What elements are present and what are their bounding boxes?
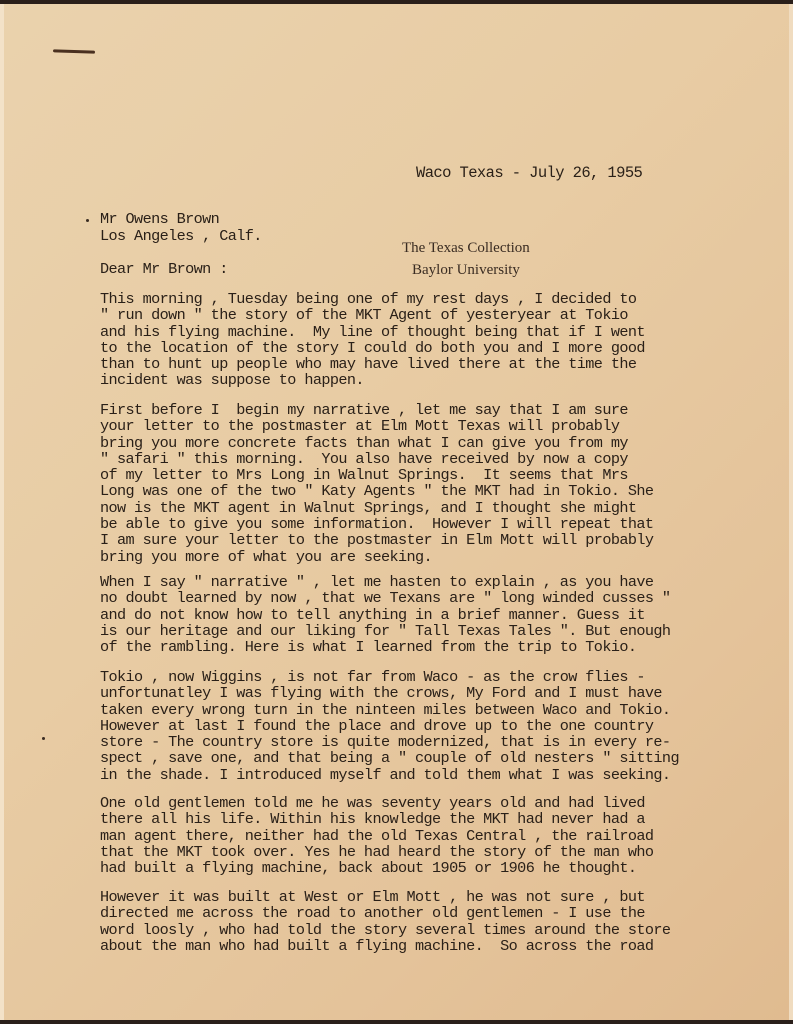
text-line: I am sure your letter to the postmaster … (100, 532, 653, 548)
staple-mark (53, 49, 95, 53)
text-line: had built a flying machine, back about 1… (100, 860, 653, 876)
text-line: and do not know how to tell anything in … (100, 607, 670, 623)
text-line: your letter to the postmaster at Elm Mot… (100, 418, 653, 434)
text-line: in the shade. I introduced myself and to… (100, 767, 679, 783)
paragraph-3: When I say " narrative " , let me hasten… (100, 574, 670, 655)
recipient-name: Mr Owens Brown (100, 211, 219, 228)
text-line: there all his life. Within his knowledge… (100, 811, 653, 827)
text-line: Long was one of the two " Katy Agents " … (100, 483, 653, 499)
text-line: word loosly , who had told the story sev… (100, 922, 670, 938)
text-line: store - The country store is quite moder… (100, 734, 679, 750)
text-line: and his flying machine. My line of thoug… (100, 324, 645, 340)
text-line: now is the MKT agent in Walnut Springs, … (100, 500, 653, 516)
text-line: First before I begin my narrative , let … (100, 402, 653, 418)
text-line: When I say " narrative " , let me hasten… (100, 574, 670, 590)
text-line: One old gentlemen told me he was seventy… (100, 795, 653, 811)
text-line: unfortunatley I was flying with the crow… (100, 685, 679, 701)
text-line: to the location of the story I could do … (100, 340, 645, 356)
dateline: Waco Texas - July 26, 1955 (416, 164, 642, 182)
text-line: Tokio , now Wiggins , is not far from Wa… (100, 669, 679, 685)
archive-stamp-line1: The Texas Collection (402, 240, 530, 257)
text-line: no doubt learned by now , that we Texans… (100, 590, 670, 606)
text-line: of my letter to Mrs Long in Walnut Sprin… (100, 467, 653, 483)
paragraph-5: One old gentlemen told me he was seventy… (100, 795, 653, 876)
text-line: man agent there, neither had the old Tex… (100, 828, 653, 844)
paragraph-6: However it was built at West or Elm Mott… (100, 889, 670, 954)
margin-dot (86, 219, 89, 222)
text-line: about the man who had built a flying mac… (100, 938, 670, 954)
text-line: is our heritage and our liking for " Tal… (100, 623, 670, 639)
text-line: spect , save one, and that being a " cou… (100, 750, 679, 766)
text-line: be able to give you some information. Ho… (100, 516, 653, 532)
text-line: of the rambling. Here is what I learned … (100, 639, 670, 655)
text-line: directed me across the road to another o… (100, 905, 670, 921)
text-line: than to hunt up people who may have live… (100, 356, 645, 372)
recipient-location: Los Angeles , Calf. (100, 228, 262, 245)
margin-dot (42, 737, 45, 740)
text-line: bring you more concrete facts than what … (100, 435, 653, 451)
salutation: Dear Mr Brown : (100, 260, 228, 278)
text-line: However it was built at West or Elm Mott… (100, 889, 670, 905)
text-line: taken every wrong turn in the ninteen mi… (100, 702, 679, 718)
text-line: incident was suppose to happen. (100, 372, 645, 388)
text-line: bring you more of what you are seeking. (100, 549, 653, 565)
text-line: " safari " this morning. You also have r… (100, 451, 653, 467)
text-line: This morning , Tuesday being one of my r… (100, 291, 645, 307)
text-line: " run down " the story of the MKT Agent … (100, 307, 645, 323)
text-line: However at last I found the place and dr… (100, 718, 679, 734)
paragraph-1: This morning , Tuesday being one of my r… (100, 291, 645, 389)
archive-stamp-line2: Baylor University (412, 262, 520, 279)
text-line: that the MKT took over. Yes he had heard… (100, 844, 653, 860)
paragraph-2: First before I begin my narrative , let … (100, 402, 653, 565)
paragraph-4: Tokio , now Wiggins , is not far from Wa… (100, 669, 679, 783)
letter-page: Waco Texas - July 26, 1955 Mr Owens Brow… (0, 4, 793, 1020)
